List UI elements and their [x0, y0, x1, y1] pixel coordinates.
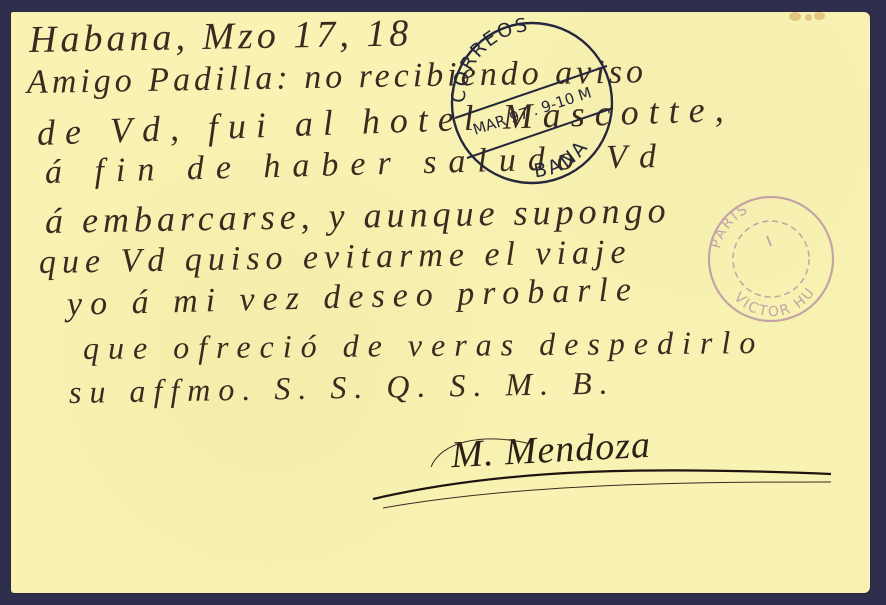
svg-text:CORREOS: CORREOS	[447, 18, 530, 104]
svg-text:BANA: BANA	[532, 135, 594, 183]
arrival-postmark: PARIS VICTOR HU	[701, 184, 841, 334]
origin-postmark-top-text: CORREOS	[447, 18, 530, 104]
svg-text:PARIS: PARIS	[708, 201, 751, 250]
postcard: Habana, Mzo 17, 18 Amigo Padilla: no rec…	[11, 12, 870, 593]
origin-postmark: CORREOS BANA MAR 97 . 9-10 M	[447, 18, 617, 188]
arrival-postmark-top-text: PARIS	[708, 201, 751, 250]
origin-postmark-bottom-text: BANA	[532, 135, 594, 183]
